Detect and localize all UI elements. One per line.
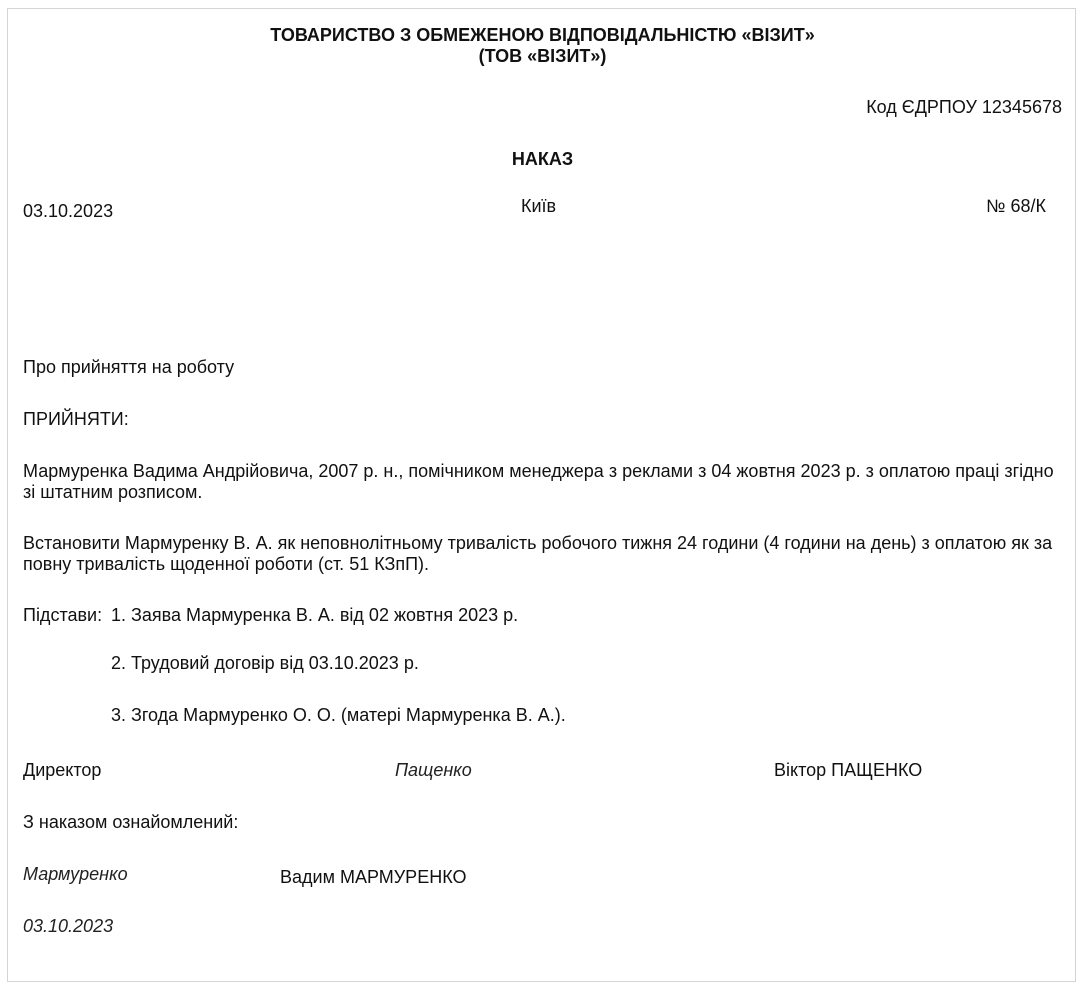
grounds-item-3: 3. Згода Мармуренко О. О. (матері Мармур… bbox=[111, 705, 566, 726]
paragraph-work-hours: Встановити Мармуренку В. А. як неповнолі… bbox=[23, 533, 1063, 575]
employee-signature: Мармуренко bbox=[23, 864, 128, 885]
director-name: Віктор ПАЩЕНКО bbox=[774, 760, 922, 781]
acknowledged-label: З наказом ознайомлений: bbox=[23, 812, 238, 833]
document-city: Київ bbox=[521, 196, 556, 217]
director-title: Директор bbox=[23, 760, 101, 781]
grounds-item-1: 1. Заява Мармуренка В. А. від 02 жовтня … bbox=[111, 605, 518, 626]
document-title: НАКАЗ bbox=[0, 149, 1080, 170]
employee-name: Вадим МАРМУРЕНКО bbox=[280, 867, 466, 888]
document-subject: Про прийняття на роботу bbox=[23, 357, 234, 378]
org-short-name: (ТОВ «ВІЗИТ») bbox=[0, 46, 1080, 67]
org-full-name: ТОВАРИСТВО З ОБМЕЖЕНОЮ ВІДПОВІДАЛЬНІСТЮ … bbox=[0, 25, 1080, 46]
document-date: 03.10.2023 bbox=[23, 201, 113, 222]
grounds-item-2: 2. Трудовий договір від 03.10.2023 р. bbox=[111, 653, 419, 674]
edrpou-code: Код ЄДРПОУ 12345678 bbox=[866, 97, 1062, 118]
acknowledged-date: 03.10.2023 bbox=[23, 916, 113, 937]
action-heading: ПРИЙНЯТИ: bbox=[23, 409, 129, 430]
paragraph-hire: Мармуренка Вадима Андрійовича, 2007 р. н… bbox=[23, 461, 1063, 503]
grounds-label: Підстави: bbox=[23, 605, 102, 626]
director-signature: Пащенко bbox=[395, 760, 472, 781]
document-number: № 68/К bbox=[986, 196, 1046, 217]
